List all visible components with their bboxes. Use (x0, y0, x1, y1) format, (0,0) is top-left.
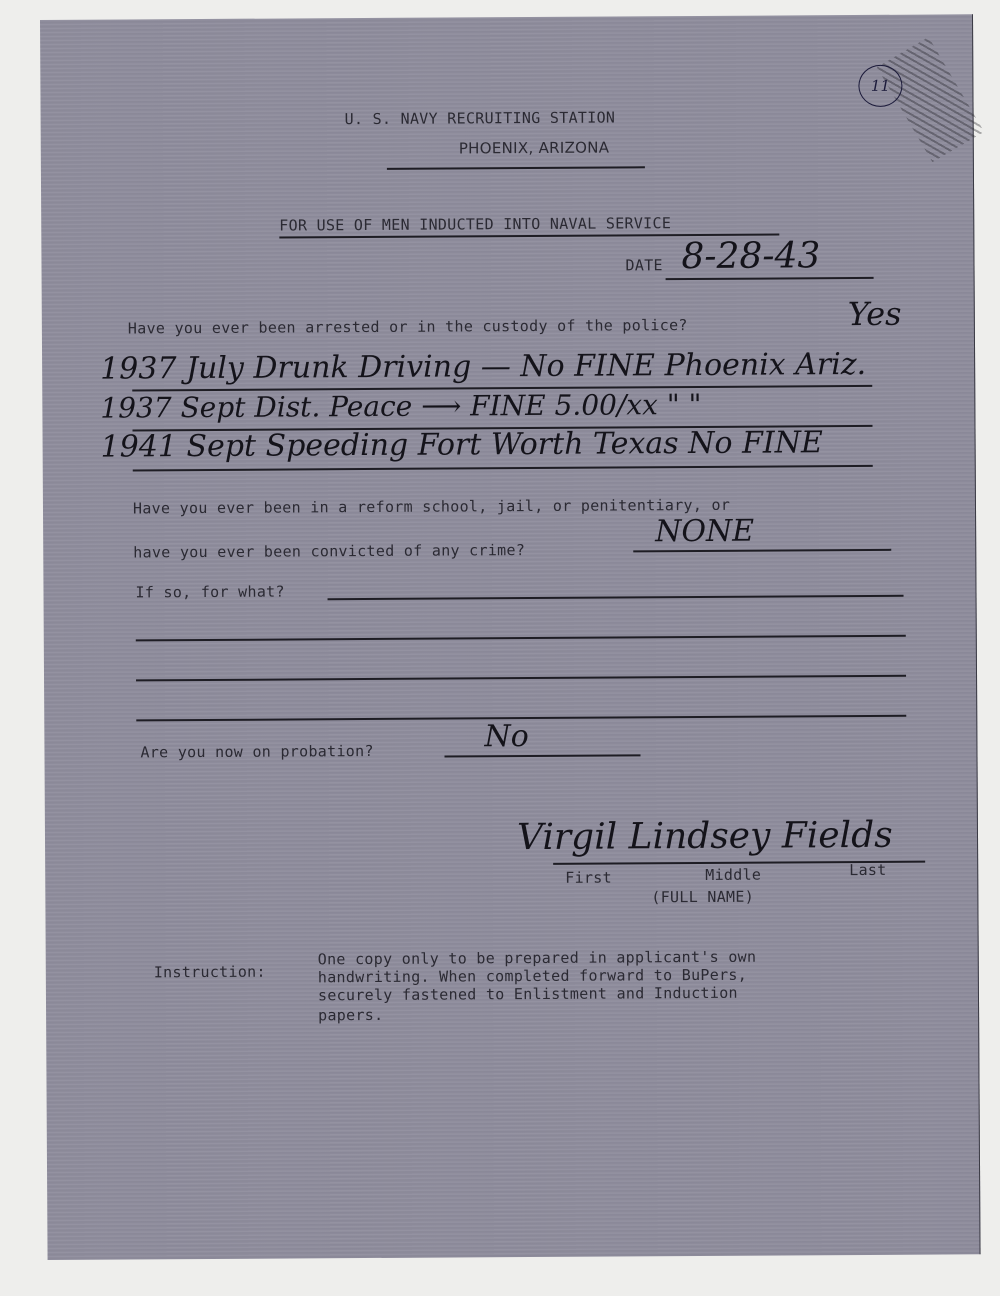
first-name-label: First (565, 869, 612, 887)
instruction-label: Instruction: (154, 963, 266, 982)
arrest-answer: Yes (848, 295, 902, 333)
reform-question-line1: Have you ever been in a reform school, j… (133, 496, 730, 518)
probation-answer: No (484, 719, 529, 754)
arrest-entry-1: 1937 July Drunk Driving — No FINE Phoeni… (100, 347, 866, 387)
reform-answer-line (633, 549, 891, 553)
station-location: PHOENIX, ARIZONA (459, 139, 610, 158)
probation-question: Are you now on probation? (140, 742, 373, 761)
arrest-entry-2: 1937 Sept Dist. Peace ⟶ FINE 5.00/xx " " (100, 388, 701, 425)
followup-line-2 (136, 635, 906, 642)
followup-question: If so, for what? (135, 583, 284, 602)
document-page: 11 U. S. NAVY RECRUITING STATION PHOENIX… (40, 14, 981, 1260)
date-label: DATE (625, 256, 662, 274)
station-heading: U. S. NAVY RECRUITING STATION (345, 108, 616, 128)
form-title: FOR USE OF MEN INDUCTED INTO NAVAL SERVI… (279, 214, 671, 234)
arrest-question: Have you ever been arrested or in the cu… (128, 316, 688, 337)
arrest-entry-3: 1941 Sept Speeding Fort Worth Texas No F… (101, 425, 823, 464)
full-name-caption: (FULL NAME) (651, 888, 754, 907)
instruction-line-3: securely fastened to Enlistment and Indu… (318, 984, 738, 1005)
header-divider (387, 166, 645, 170)
followup-line-1 (328, 595, 904, 601)
followup-line-3 (136, 675, 906, 682)
date-value: 8-28-43 (681, 235, 820, 277)
last-name-label: Last (849, 861, 886, 879)
reform-answer: NONE (655, 514, 754, 550)
instruction-line-4: papers. (318, 1006, 383, 1024)
signature: Virgil Lindsey Fields (517, 815, 893, 858)
probation-line (445, 754, 641, 757)
date-line (666, 277, 874, 280)
middle-name-label: Middle (705, 866, 761, 884)
reform-question-line2: have you ever been convicted of any crim… (133, 541, 525, 561)
page-number-circle: 11 (858, 65, 902, 107)
arrest-line-3 (133, 465, 873, 472)
